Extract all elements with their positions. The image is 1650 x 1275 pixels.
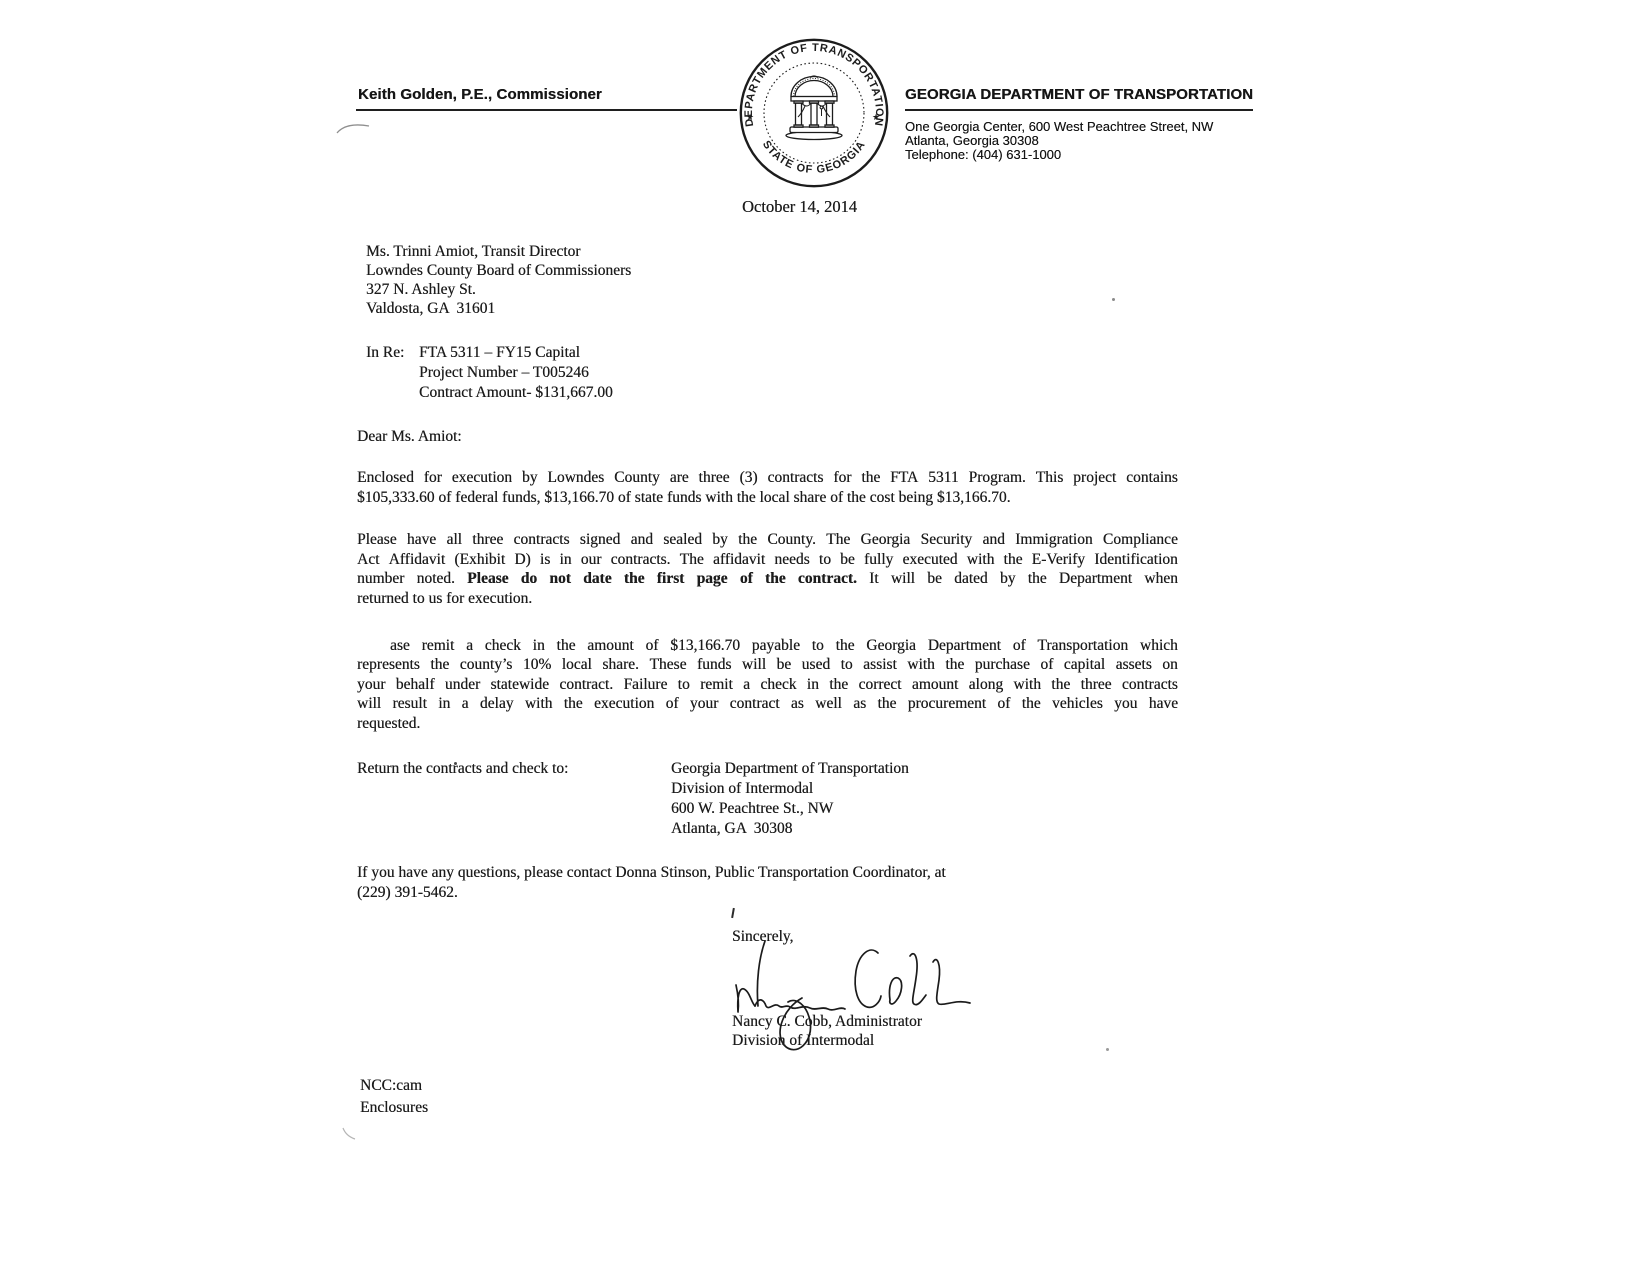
paragraph2-line2: ActAffidavit(ExhibitD)isinourcontracts.T… — [357, 551, 1178, 569]
left-header-rule — [356, 109, 737, 111]
signer-title: Division of Intermodal — [732, 1032, 874, 1050]
paragraph2-line3: numbernoted.Pleasedonotdatethefirstpageo… — [357, 570, 1178, 588]
letter-date: October 14, 2014 — [742, 197, 857, 217]
scan-artifact-curve — [336, 120, 372, 136]
scan-speck-3 — [1106, 1048, 1109, 1051]
paragraph3-line5: requested. — [357, 715, 420, 733]
typist-initials: NCC:cam — [360, 1077, 422, 1095]
recipient-name: Ms. Trinni Amiot, Transit Director — [366, 243, 580, 261]
paragraph2-line1: Pleasehaveallthreecontractssignedandseal… — [357, 531, 1178, 549]
scan-artifact-squiggle — [341, 1126, 359, 1142]
paragraph3-line2: representsthecounty’s10%localshare.These… — [357, 656, 1178, 674]
recipient-city: Valdosta, GA 31601 — [366, 300, 495, 318]
commissioner-name: Keith Golden, P.E., Commissioner — [358, 86, 602, 103]
inre-program: FTA 5311 – FY15 Capital — [419, 344, 580, 362]
stray-pen-mark — [731, 908, 735, 918]
questions-line2: (229) 391-5462. — [357, 884, 458, 902]
inre-contract-amount: Contract Amount- $131,667.00 — [419, 384, 613, 402]
svg-text:STATE OF GEORGIA: STATE OF GEORGIA — [760, 139, 868, 176]
paragraph1-line2: $105,333.60 of federal funds, $13,166.70… — [357, 489, 1010, 507]
recipient-street: 327 N. Ashley St. — [366, 281, 476, 299]
paragraph2-line4: returned to us for execution. — [357, 590, 532, 608]
inre-project-number: Project Number – T005246 — [419, 364, 589, 382]
scan-speck-1 — [454, 762, 457, 765]
recipient-org: Lowndes County Board of Commissioners — [366, 262, 631, 280]
seal-star-left-icon: ★ — [746, 112, 754, 122]
signer-name: Nancy C. Cobb, Administrator — [732, 1013, 922, 1031]
paragraph3-line1: aseremitacheckintheamountof$13,166.70pay… — [390, 637, 1178, 655]
paragraph3-line3: yourbehalfunderstatewidecontract.Failure… — [357, 676, 1178, 694]
questions-line1: If you have any questions, please contac… — [357, 864, 946, 882]
seal-arch-emblem — [786, 76, 842, 140]
right-header-rule — [905, 109, 1253, 111]
agency-name: GEORGIA DEPARTMENT OF TRANSPORTATION — [905, 86, 1253, 103]
return-to-street: 600 W. Peachtree St., NW — [671, 800, 833, 818]
agency-address-line2: Atlanta, Georgia 30308 — [905, 134, 1039, 148]
salutation: Dear Ms. Amiot: — [357, 428, 462, 446]
seal-bottom-text: STATE OF GEORGIA — [760, 139, 868, 176]
inre-label: In Re: — [366, 344, 404, 362]
scan-speck-2 — [1112, 298, 1115, 301]
paragraph3-line4: willresultinadelaywiththeexecutionofyour… — [357, 695, 1178, 713]
return-to-division: Division of Intermodal — [671, 780, 813, 798]
seal-star-right-icon: ★ — [872, 112, 880, 122]
paragraph1-line1: EnclosedforexecutionbyLowndesCountyareth… — [357, 469, 1178, 487]
agency-address-line3: Telephone: (404) 631-1000 — [905, 148, 1061, 162]
agency-address-line1: One Georgia Center, 600 West Peachtree S… — [905, 120, 1213, 134]
georgia-dot-seal-icon: DEPARTMENT OF TRANSPORTATION STATE OF GE… — [737, 36, 891, 190]
enclosures-note: Enclosures — [360, 1099, 428, 1117]
return-to-city: Atlanta, GA 30308 — [671, 820, 792, 838]
return-to-label: Return the contracts and check to: — [357, 760, 568, 778]
return-to-org: Georgia Department of Transportation — [671, 760, 909, 778]
letter-page: Keith Golden, P.E., Commissioner GEORGIA… — [0, 0, 1650, 1275]
